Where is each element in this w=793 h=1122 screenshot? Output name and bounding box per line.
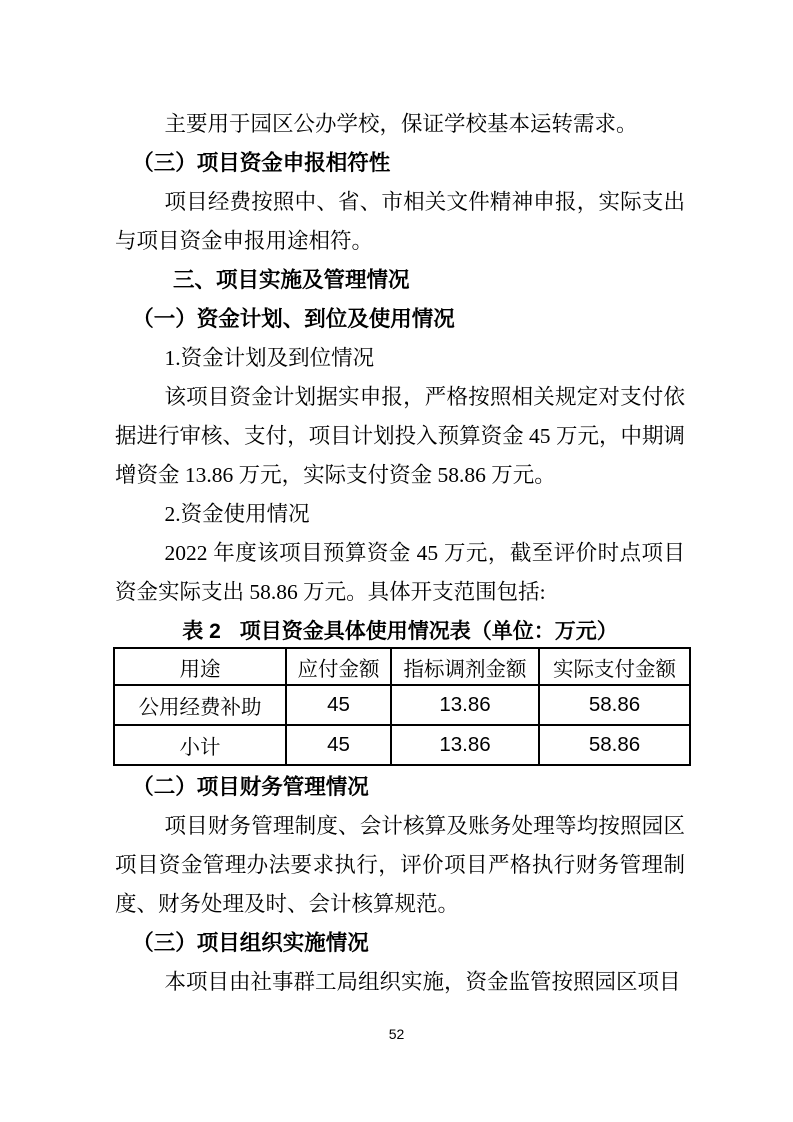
paragraph-usage-tail: 主要用于园区公办学校，保证学校基本运转需求。 [115, 105, 685, 144]
paragraph-fund-declaration: 项目经费按照中、省、市相关文件精神申报，实际支出与项目资金申报用途相符。 [115, 183, 685, 261]
table-header-row: 用途 应付金额 指标调剂金额 实际支付金额 [114, 648, 690, 685]
table-caption: 表 2项目资金具体使用情况表（单位：万元） [115, 612, 685, 651]
page-content: 主要用于园区公办学校，保证学校基本运转需求。 （三）项目资金申报相符性 项目经费… [115, 105, 685, 1002]
table-cell-actual: 58.86 [539, 685, 690, 725]
subheading-fund-plan-status: 1.资金计划及到位情况 [115, 339, 685, 378]
table-row-public-expense: 公用经费补助 45 13.86 58.86 [114, 685, 690, 725]
table-caption-label: 表 2 [182, 620, 221, 643]
table-header-cell-adjusted: 指标调剂金额 [391, 648, 539, 685]
table-cell-adjusted: 13.86 [391, 725, 539, 765]
subheading-fund-usage: 2.资金使用情况 [115, 495, 685, 534]
table-header-cell-actual: 实际支付金额 [539, 648, 690, 685]
table-cell-use: 小计 [114, 725, 286, 765]
table-caption-title: 项目资金具体使用情况表（单位：万元） [240, 620, 618, 643]
table-cell-adjusted: 13.86 [391, 685, 539, 725]
table-header-cell-use: 用途 [114, 648, 286, 685]
heading-fund-declaration: （三）项目资金申报相符性 [115, 144, 685, 183]
table-header-cell-payable: 应付金额 [286, 648, 391, 685]
fund-usage-table: 用途 应付金额 指标调剂金额 实际支付金额 公用经费补助 45 13.86 58… [113, 647, 691, 766]
table-cell-actual: 58.86 [539, 725, 690, 765]
table-row-subtotal: 小计 45 13.86 58.86 [114, 725, 690, 765]
table-cell-payable: 45 [286, 725, 391, 765]
paragraph-org-impl: 本项目由社事群工局组织实施，资金监管按照园区项目 [115, 963, 685, 1002]
heading-section-3: 三、项目实施及管理情况 [115, 261, 685, 300]
heading-org-impl: （三）项目组织实施情况 [115, 924, 685, 963]
page-number: 52 [0, 1026, 793, 1042]
table-cell-payable: 45 [286, 685, 391, 725]
paragraph-fund-usage: 2022 年度该项目预算资金 45 万元，截至评价时点项目资金实际支出 58.8… [115, 534, 685, 612]
table-cell-use: 公用经费补助 [114, 685, 286, 725]
paragraph-fund-plan: 该项目资金计划据实申报，严格按照相关规定对支付依据进行审核、支付，项目计划投入预… [115, 378, 685, 495]
paragraph-finance-mgmt: 项目财务管理制度、会计核算及账务处理等均按照园区项目资金管理办法要求执行，评价项… [115, 807, 685, 924]
heading-fund-plan: （一）资金计划、到位及使用情况 [115, 300, 685, 339]
heading-finance-mgmt: （二）项目财务管理情况 [115, 768, 685, 807]
document-page: 主要用于园区公办学校，保证学校基本运转需求。 （三）项目资金申报相符性 项目经费… [0, 0, 793, 1122]
